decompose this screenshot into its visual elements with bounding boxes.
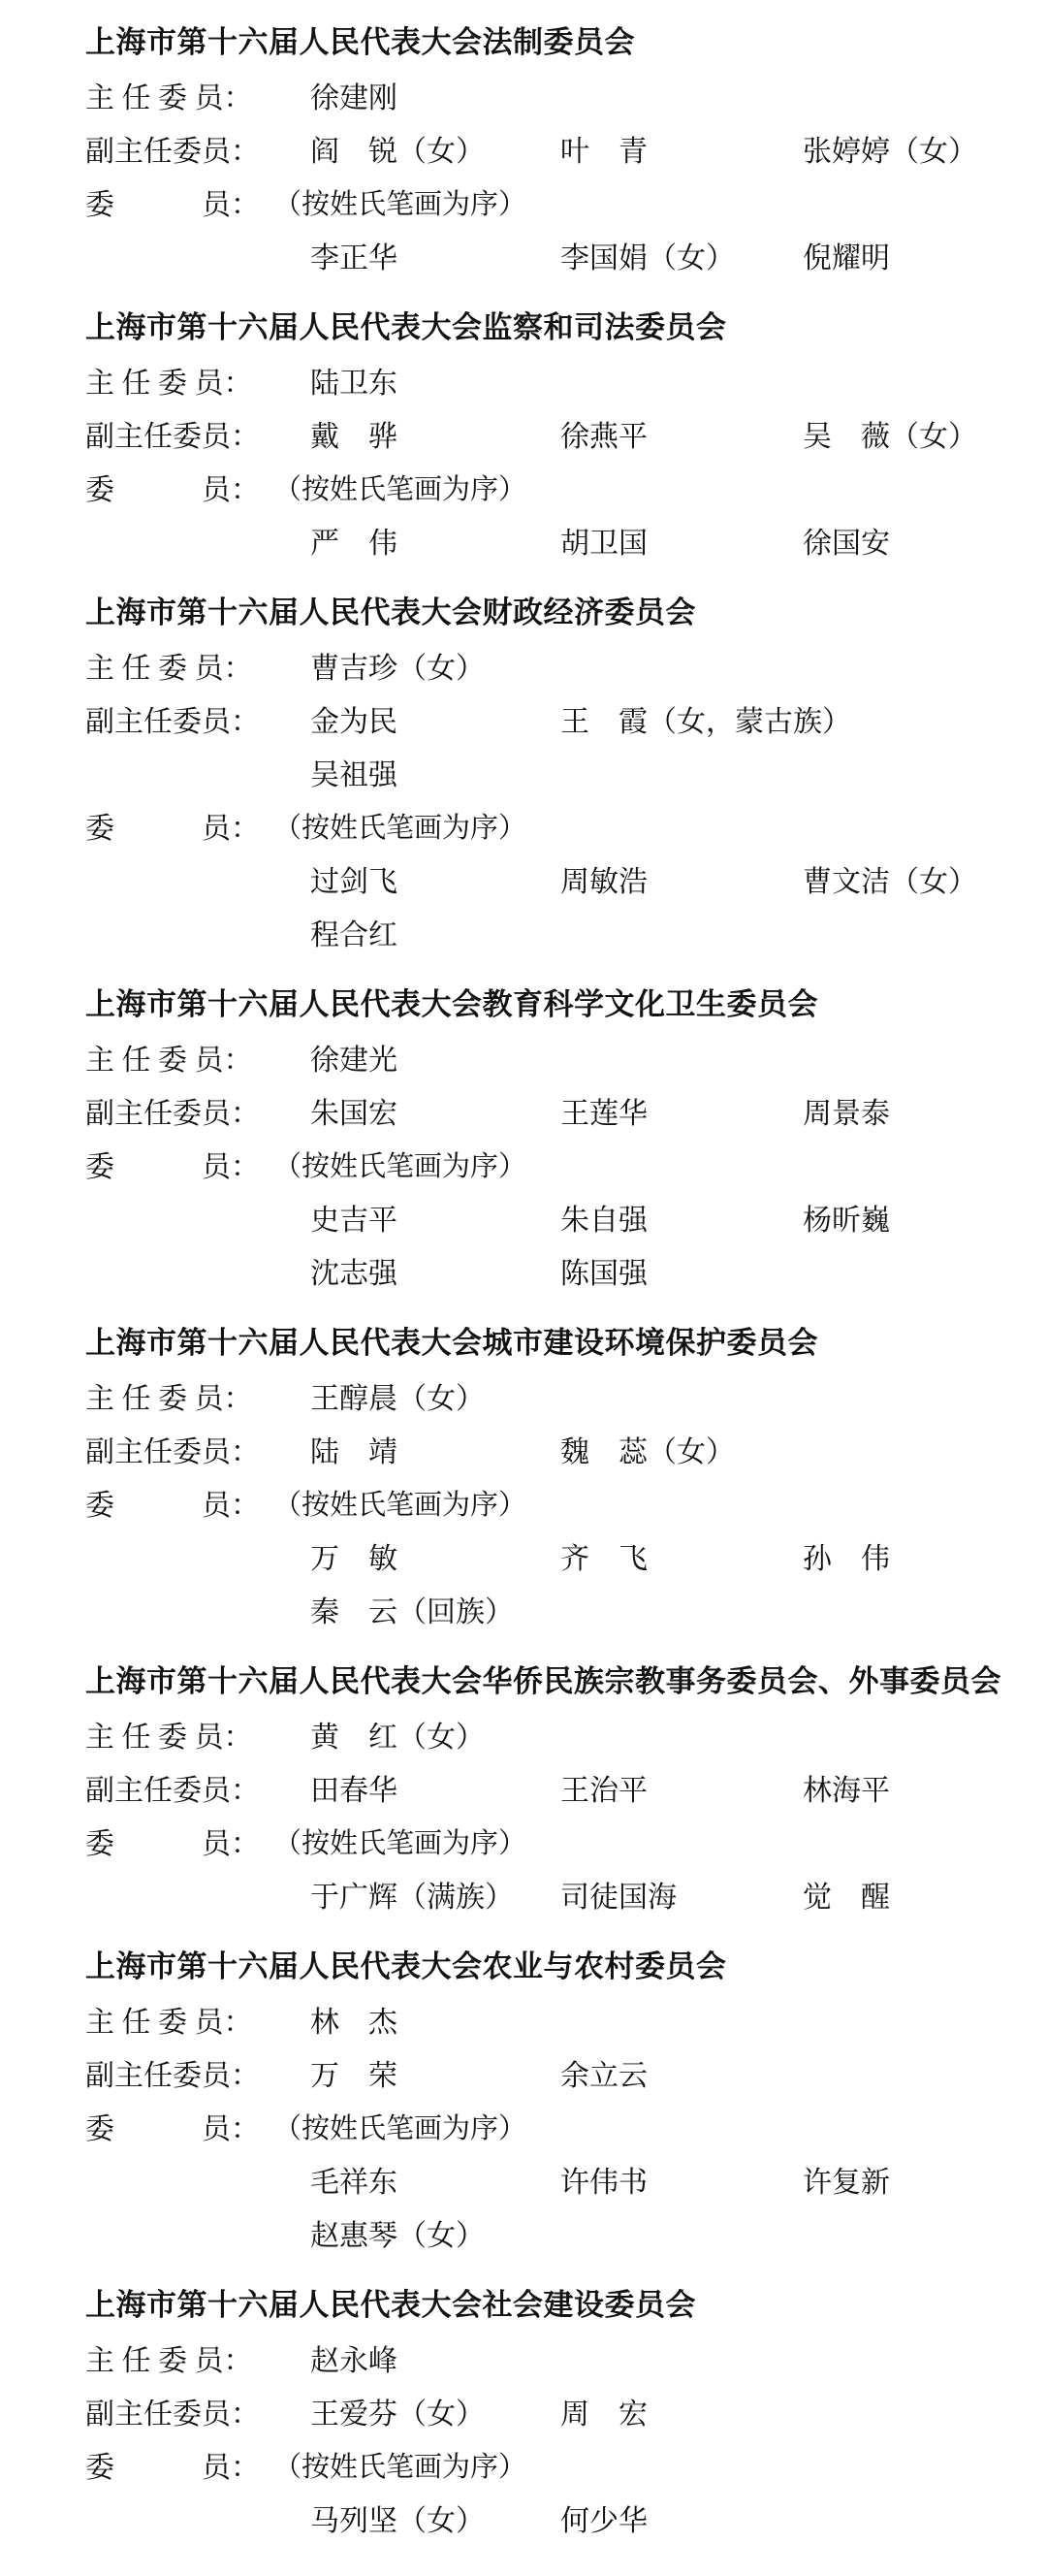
committee-row: 副主任委员：王爱芬（女）周 宏 <box>0 2388 1047 2441</box>
sort-note: （按姓氏笔画为序） <box>273 1818 526 1871</box>
role-label: 副主任委员： <box>85 1426 260 1479</box>
role-label: 委 员： <box>85 1818 260 1871</box>
committee-row: 委 员：（按姓氏笔画为序） <box>0 1479 1047 1532</box>
member-name: 万 荣 <box>310 2049 397 2103</box>
member-name: 曹吉珍（女） <box>310 642 485 695</box>
member-name: 程合红 <box>310 909 397 962</box>
member-name: 徐建刚 <box>310 72 397 125</box>
committee-row: 副主任委员：万 荣余立云 <box>0 2049 1047 2103</box>
member-name: 李正华 <box>310 232 397 285</box>
committee-row: 副主任委员：戴 骅徐燕平吴 薇（女） <box>0 410 1047 464</box>
committee-title: 上海市第十六届人民代表大会财政经济委员会 <box>0 584 1047 642</box>
member-name: 王莲华 <box>560 1087 648 1141</box>
member-name: 陆 靖 <box>310 1426 397 1479</box>
role-label: 副主任委员： <box>85 1087 260 1141</box>
role-label: 副主任委员： <box>85 2049 260 2103</box>
member-name: 周 宏 <box>560 2388 648 2441</box>
member-name: 吴祖强 <box>310 749 397 802</box>
committee-row: 副主任委员：田春华王治平林海平 <box>0 1764 1047 1818</box>
committee-section: 上海市第十六届人民代表大会教育科学文化卫生委员会主 任 委 员：徐建光副主任委员… <box>0 962 1047 1301</box>
committee-row: 主 任 委 员：王醇晨（女） <box>0 1372 1047 1426</box>
committee-row: 委 员：（按姓氏笔画为序） <box>0 2103 1047 2156</box>
member-name: 徐建光 <box>310 1034 397 1087</box>
member-name: 王治平 <box>560 1764 648 1818</box>
member-name: 严 伟 <box>310 517 397 570</box>
member-name: 戴 骅 <box>310 410 397 464</box>
committee-row: 李正华李国娟（女）倪耀明 <box>0 232 1047 285</box>
role-label: 主 任 委 员： <box>85 2334 253 2388</box>
committee-title: 上海市第十六届人民代表大会教育科学文化卫生委员会 <box>0 976 1047 1034</box>
role-label: 副主任委员： <box>85 695 260 749</box>
sort-note: （按姓氏笔画为序） <box>273 1141 526 1194</box>
sort-note: （按姓氏笔画为序） <box>273 1479 526 1532</box>
committee-section: 上海市第十六届人民代表大会社会建设委员会主 任 委 员：赵永峰副主任委员：王爱芬… <box>0 2263 1047 2548</box>
role-label: 主 任 委 员： <box>85 357 253 410</box>
sort-note: （按姓氏笔画为序） <box>273 178 526 232</box>
committee-row: 主 任 委 员：林 杰 <box>0 1996 1047 2049</box>
member-name: 孙 伟 <box>803 1532 890 1586</box>
role-label: 委 员： <box>85 2441 260 2495</box>
role-label: 委 员： <box>85 1479 260 1532</box>
sort-note: （按姓氏笔画为序） <box>273 802 526 855</box>
role-label: 副主任委员： <box>85 410 260 464</box>
member-name: 林海平 <box>803 1764 890 1818</box>
committee-row: 程合红 <box>0 909 1047 962</box>
document-page: 上海市第十六届人民代表大会法制委员会主 任 委 员：徐建刚副主任委员：阎 锐（女… <box>0 0 1047 2576</box>
committee-title: 上海市第十六届人民代表大会监察和司法委员会 <box>0 299 1047 357</box>
member-name: 许复新 <box>803 2156 890 2209</box>
committee-row: 主 任 委 员：陆卫东 <box>0 357 1047 410</box>
member-name: 余立云 <box>560 2049 648 2103</box>
member-name: 何少华 <box>560 2495 648 2548</box>
role-label: 主 任 委 员： <box>85 642 253 695</box>
committee-row: 毛祥东许伟书许复新 <box>0 2156 1047 2209</box>
committee-section: 上海市第十六届人民代表大会农业与农村委员会主 任 委 员：林 杰副主任委员：万 … <box>0 1924 1047 2263</box>
committee-title: 上海市第十六届人民代表大会法制委员会 <box>0 14 1047 72</box>
member-name: 周景泰 <box>803 1087 890 1141</box>
committee-row: 万 敏齐 飞孙 伟 <box>0 1532 1047 1586</box>
member-name: 赵惠琴（女） <box>310 2209 485 2263</box>
committee-row: 副主任委员：金为民王 霞（女，蒙古族） <box>0 695 1047 749</box>
member-name: 马列坚（女） <box>310 2495 485 2548</box>
committee-row: 吴祖强 <box>0 749 1047 802</box>
role-label: 副主任委员： <box>85 125 260 178</box>
committee-row: 委 员：（按姓氏笔画为序） <box>0 1818 1047 1871</box>
committee-row: 委 员：（按姓氏笔画为序） <box>0 464 1047 517</box>
member-name: 史吉平 <box>310 1194 397 1247</box>
member-name: 过剑飞 <box>310 855 397 909</box>
member-name: 赵永峰 <box>310 2334 397 2388</box>
committee-row: 委 员：（按姓氏笔画为序） <box>0 178 1047 232</box>
committee-row: 主 任 委 员：赵永峰 <box>0 2334 1047 2388</box>
member-name: 倪耀明 <box>803 232 890 285</box>
member-name: 秦 云（回族） <box>310 1586 514 1639</box>
role-label: 主 任 委 员： <box>85 1996 253 2049</box>
role-label: 副主任委员： <box>85 2388 260 2441</box>
member-name: 曹文洁（女） <box>803 855 977 909</box>
committee-row: 委 员：（按姓氏笔画为序） <box>0 2441 1047 2495</box>
member-name: 林 杰 <box>310 1996 397 2049</box>
member-name: 许伟书 <box>560 2156 648 2209</box>
committee-row: 于广辉（满族）司徒国海觉 醒 <box>0 1871 1047 1924</box>
committee-row: 副主任委员：阎 锐（女）叶 青张婷婷（女） <box>0 125 1047 178</box>
member-name: 阎 锐（女） <box>310 125 485 178</box>
member-name: 李国娟（女） <box>560 232 735 285</box>
committee-title: 上海市第十六届人民代表大会城市建设环境保护委员会 <box>0 1314 1047 1372</box>
committee-section: 上海市第十六届人民代表大会城市建设环境保护委员会主 任 委 员：王醇晨（女）副主… <box>0 1301 1047 1639</box>
member-name: 觉 醒 <box>803 1871 890 1924</box>
role-label: 主 任 委 员： <box>85 1711 253 1764</box>
member-name: 徐燕平 <box>560 410 648 464</box>
committee-section: 上海市第十六届人民代表大会监察和司法委员会主 任 委 员：陆卫东副主任委员：戴 … <box>0 285 1047 570</box>
member-name: 毛祥东 <box>310 2156 397 2209</box>
member-name: 杨昕巍 <box>803 1194 890 1247</box>
committee-title: 上海市第十六届人民代表大会社会建设委员会 <box>0 2276 1047 2334</box>
member-name: 魏 蕊（女） <box>560 1426 735 1479</box>
member-name: 田春华 <box>310 1764 397 1818</box>
member-name: 王醇晨（女） <box>310 1372 485 1426</box>
member-name: 朱自强 <box>560 1194 648 1247</box>
member-name: 徐国安 <box>803 517 890 570</box>
member-name: 王爱芬（女） <box>310 2388 485 2441</box>
committee-row: 马列坚（女）何少华 <box>0 2495 1047 2548</box>
committee-row: 主 任 委 员：徐建刚 <box>0 72 1047 125</box>
member-name: 金为民 <box>310 695 397 749</box>
member-name: 朱国宏 <box>310 1087 397 1141</box>
member-name: 吴 薇（女） <box>803 410 977 464</box>
committee-row: 主 任 委 员：黄 红（女） <box>0 1711 1047 1764</box>
sort-note: （按姓氏笔画为序） <box>273 2103 526 2156</box>
member-name: 沈志强 <box>310 1247 397 1301</box>
committee-row: 委 员：（按姓氏笔画为序） <box>0 1141 1047 1194</box>
role-label: 主 任 委 员： <box>85 1034 253 1087</box>
committee-row: 沈志强陈国强 <box>0 1247 1047 1301</box>
sort-note: （按姓氏笔画为序） <box>273 464 526 517</box>
member-name: 周敏浩 <box>560 855 648 909</box>
member-name: 陆卫东 <box>310 357 397 410</box>
sort-note: （按姓氏笔画为序） <box>273 2441 526 2495</box>
committee-row: 秦 云（回族） <box>0 1586 1047 1639</box>
member-name: 万 敏 <box>310 1532 397 1586</box>
committee-section: 上海市第十六届人民代表大会财政经济委员会主 任 委 员：曹吉珍（女）副主任委员：… <box>0 570 1047 962</box>
committee-row: 史吉平朱自强杨昕巍 <box>0 1194 1047 1247</box>
role-label: 委 员： <box>85 178 260 232</box>
committee-row: 委 员：（按姓氏笔画为序） <box>0 802 1047 855</box>
member-name: 陈国强 <box>560 1247 648 1301</box>
committee-row: 严 伟胡卫国徐国安 <box>0 517 1047 570</box>
committee-row: 副主任委员：朱国宏王莲华周景泰 <box>0 1087 1047 1141</box>
committee-section: 上海市第十六届人民代表大会华侨民族宗教事务委员会、外事委员会主 任 委 员：黄 … <box>0 1639 1047 1924</box>
role-label: 委 员： <box>85 464 260 517</box>
member-name: 黄 红（女） <box>310 1711 485 1764</box>
committee-title: 上海市第十六届人民代表大会农业与农村委员会 <box>0 1938 1047 1996</box>
role-label: 委 员： <box>85 2103 260 2156</box>
role-label: 委 员： <box>85 1141 260 1194</box>
committee-row: 主 任 委 员：徐建光 <box>0 1034 1047 1087</box>
member-name: 王 霞（女，蒙古族） <box>560 695 851 749</box>
role-label: 副主任委员： <box>85 1764 260 1818</box>
member-name: 齐 飞 <box>560 1532 648 1586</box>
committee-row: 过剑飞周敏浩曹文洁（女） <box>0 855 1047 909</box>
role-label: 主 任 委 员： <box>85 72 253 125</box>
role-label: 主 任 委 员： <box>85 1372 253 1426</box>
committee-row: 主 任 委 员：曹吉珍（女） <box>0 642 1047 695</box>
member-name: 于广辉（满族） <box>310 1871 514 1924</box>
role-label: 委 员： <box>85 802 260 855</box>
member-name: 张婷婷（女） <box>803 125 977 178</box>
committee-section: 上海市第十六届人民代表大会法制委员会主 任 委 员：徐建刚副主任委员：阎 锐（女… <box>0 0 1047 285</box>
committee-row: 赵惠琴（女） <box>0 2209 1047 2263</box>
member-name: 叶 青 <box>560 125 648 178</box>
member-name: 司徒国海 <box>560 1871 677 1924</box>
committee-title: 上海市第十六届人民代表大会华侨民族宗教事务委员会、外事委员会 <box>0 1653 1047 1711</box>
member-name: 胡卫国 <box>560 517 648 570</box>
committee-row: 副主任委员：陆 靖魏 蕊（女） <box>0 1426 1047 1479</box>
